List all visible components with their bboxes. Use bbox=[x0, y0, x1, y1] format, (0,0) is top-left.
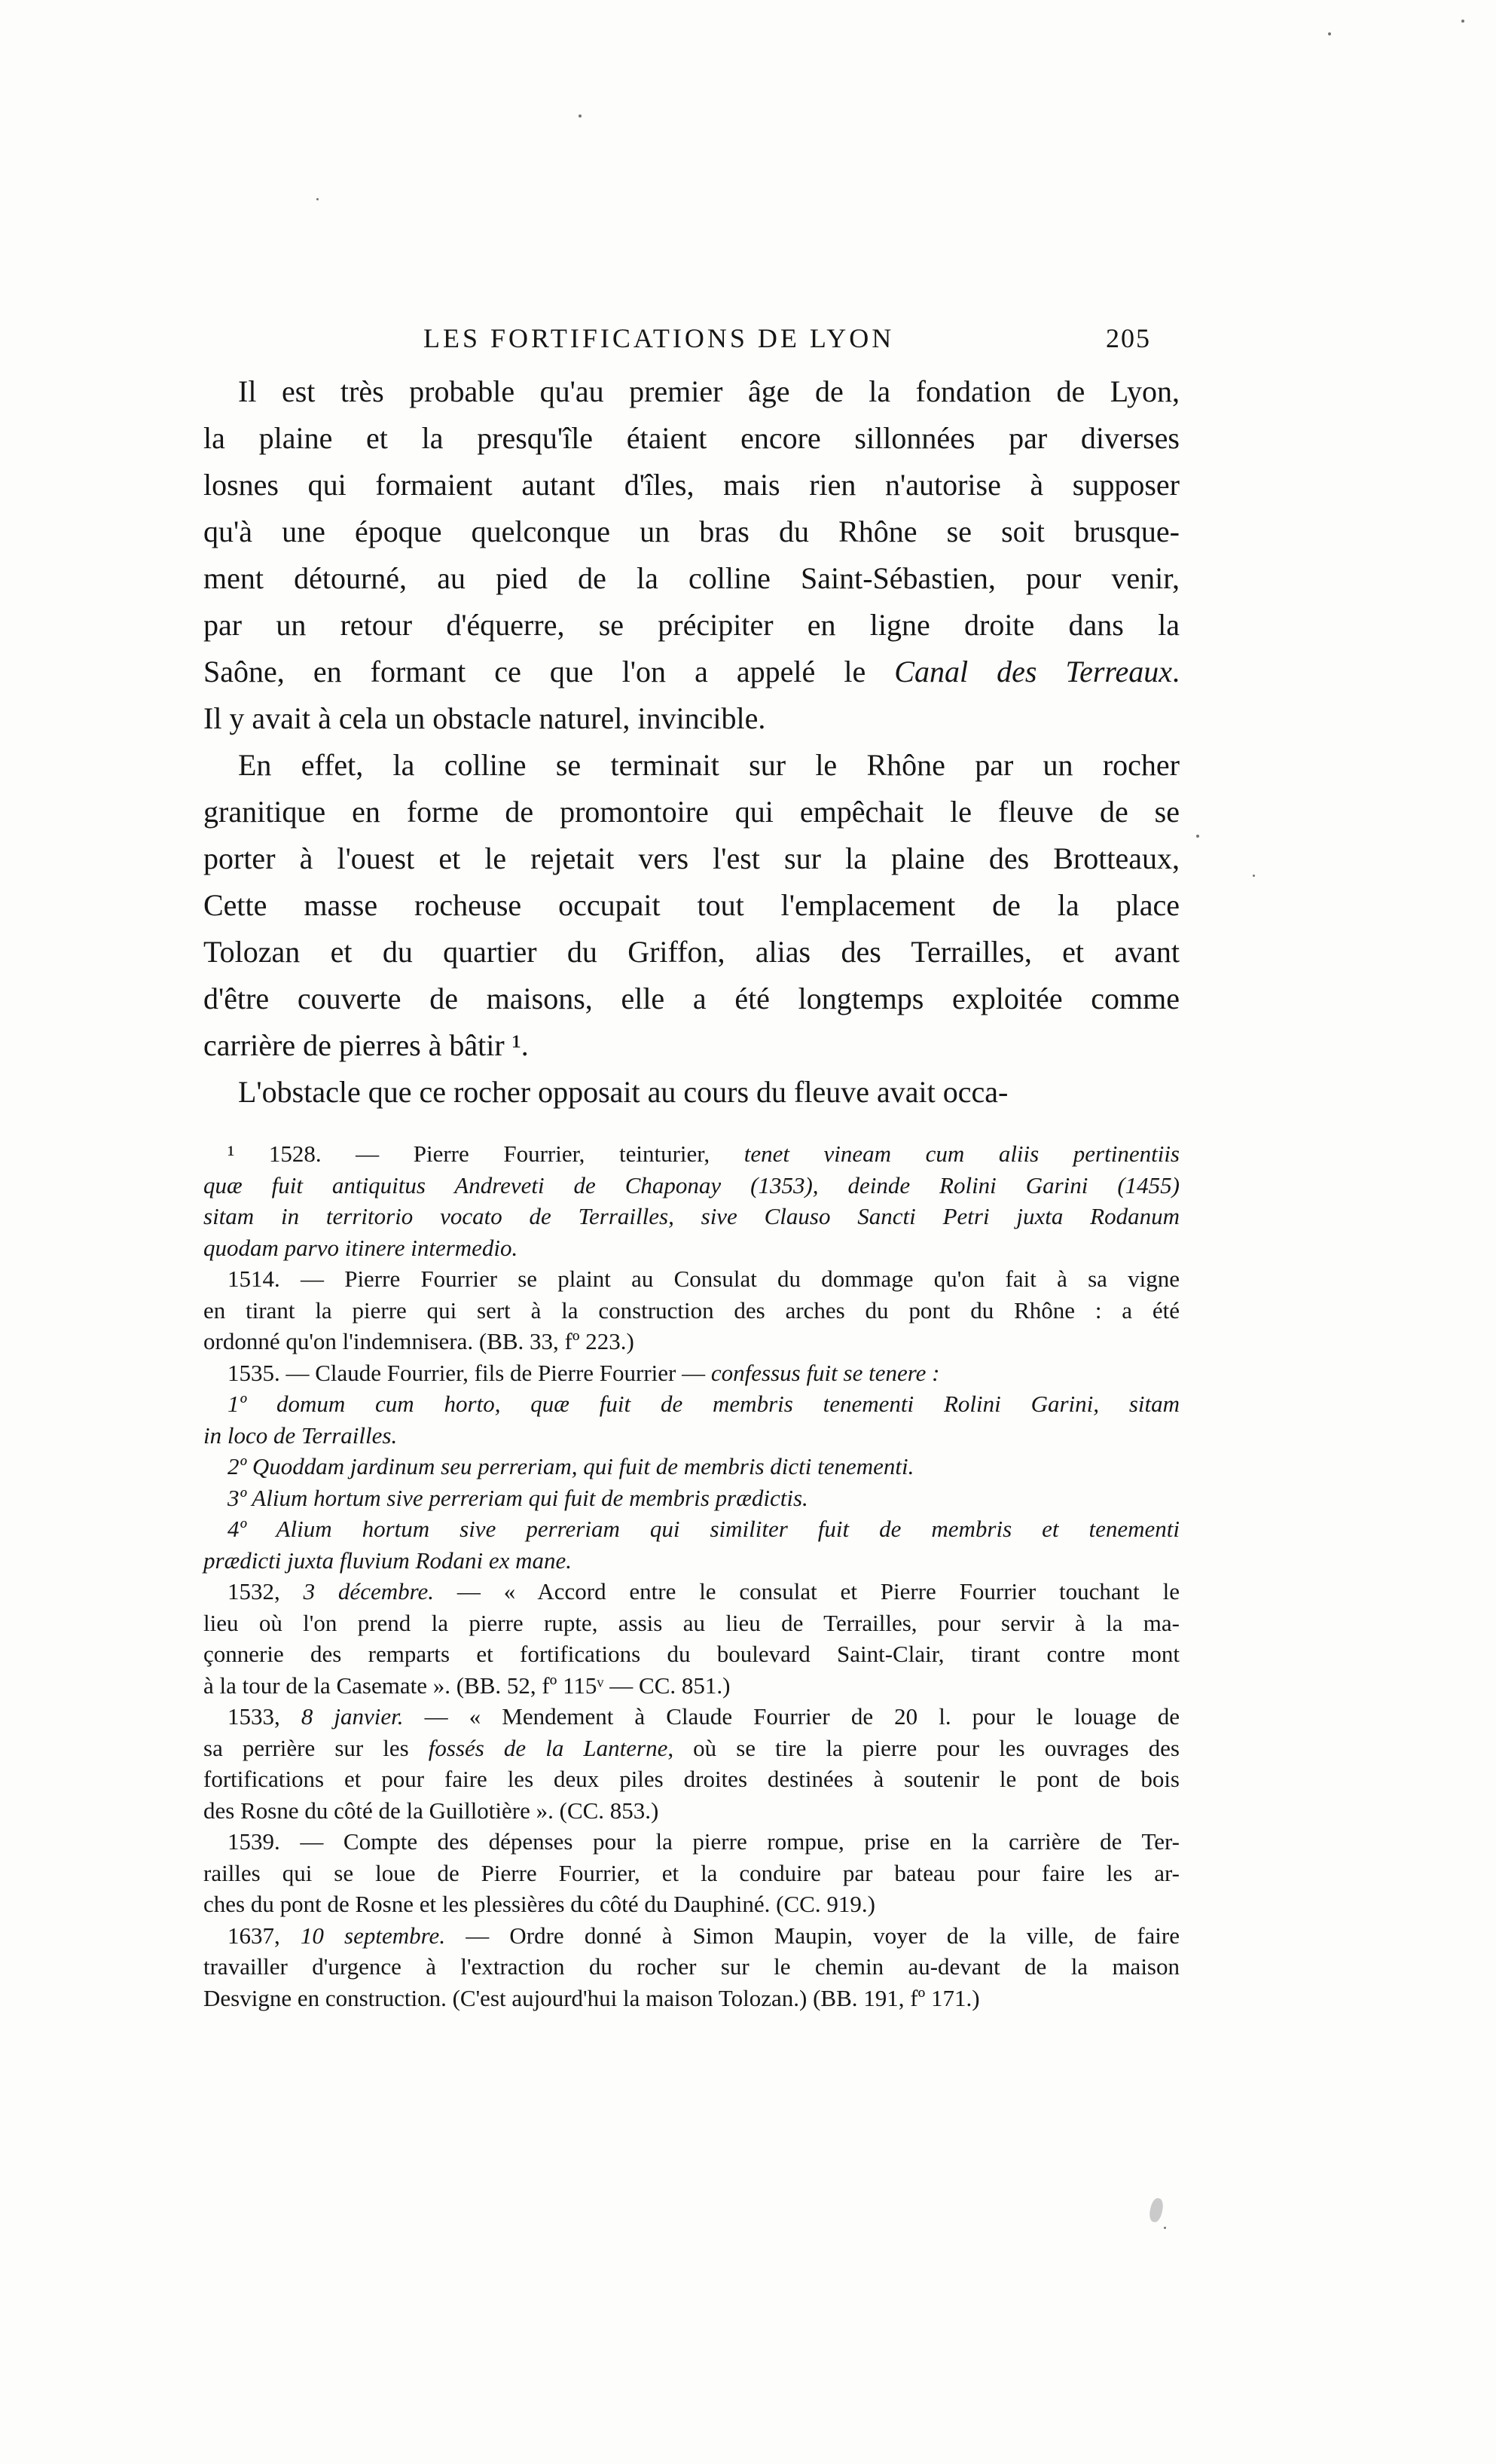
text-line: à la tour de la Casemate ». (BB. 52, fº … bbox=[203, 1670, 1180, 1702]
text-line: railles qui se loue de Pierre Fourrier, … bbox=[203, 1858, 1180, 1889]
text-line: par un retour d'équerre, se précipiter e… bbox=[203, 602, 1180, 649]
text-line: quæ fuit antiquitus Andreveti de Chapona… bbox=[203, 1170, 1180, 1201]
text-line: 1º domum cum horto, quæ fuit de membris … bbox=[203, 1388, 1180, 1420]
text-line: 3º Alium hortum sive perreriam qui fuit … bbox=[203, 1482, 1180, 1514]
text-line: losnes qui formaient autant d'îles, mais… bbox=[203, 462, 1180, 508]
scan-speck bbox=[1164, 2227, 1166, 2229]
text-line: Tolozan et du quartier du Griffon, alias… bbox=[203, 929, 1180, 976]
text-line: ches du pont de Rosne et les plessières … bbox=[203, 1888, 1180, 1920]
scan-smudge bbox=[1148, 2197, 1165, 2224]
text-line: ¹ 1528. — Pierre Fourrier, teinturier, t… bbox=[203, 1138, 1180, 1170]
text-line: En effet, la colline se terminait sur le… bbox=[203, 742, 1180, 789]
text-line: Il y avait à cela un obstacle naturel, i… bbox=[203, 695, 1180, 742]
text-line: Cette masse rocheuse occupait tout l'emp… bbox=[203, 882, 1180, 929]
text-line: 1535. — Claude Fourrier, fils de Pierre … bbox=[203, 1357, 1180, 1389]
text-line: la plaine et la presqu'île étaient encor… bbox=[203, 415, 1180, 462]
scan-speck bbox=[316, 198, 319, 200]
text-line: 2º Quoddam jardinum seu perreriam, qui f… bbox=[203, 1451, 1180, 1482]
text-line: 1514. — Pierre Fourrier se plaint au Con… bbox=[203, 1263, 1180, 1295]
text-line: 1637, 10 septembre. — Ordre donné à Simo… bbox=[203, 1920, 1180, 1952]
page-number: 205 bbox=[1106, 320, 1151, 356]
text-line: d'être couverte de maisons, elle a été l… bbox=[203, 976, 1180, 1022]
text-line: çonnerie des remparts et fortifications … bbox=[203, 1638, 1180, 1670]
scan-speck bbox=[579, 114, 582, 118]
running-title: LES FORTIFICATIONS DE LYON bbox=[423, 320, 894, 356]
text-block: LES FORTIFICATIONS DE LYON 205 Il est tr… bbox=[203, 320, 1180, 2014]
text-line: Saône, en formant ce que l'on a appelé l… bbox=[203, 649, 1180, 695]
body-text: Il est très probable qu'au premier âge d… bbox=[203, 368, 1180, 1116]
scan-speck bbox=[1253, 875, 1255, 877]
text-line: travailler d'urgence à l'extraction du r… bbox=[203, 1951, 1180, 1983]
text-line: 4º Alium hortum sive perreriam qui simil… bbox=[203, 1513, 1180, 1545]
text-line: 1532, 3 décembre. — « Accord entre le co… bbox=[203, 1576, 1180, 1608]
text-line: Desvigne en construction. (C'est aujourd… bbox=[203, 1983, 1180, 2014]
text-line: en tirant la pierre qui sert à la constr… bbox=[203, 1295, 1180, 1327]
text-line: ordonné qu'on l'indemnisera. (BB. 33, fº… bbox=[203, 1326, 1180, 1357]
text-line: des Rosne du côté de la Guillotière ». (… bbox=[203, 1795, 1180, 1827]
text-line: 1539. — Compte des dépenses pour la pier… bbox=[203, 1826, 1180, 1858]
text-line: porter à l'ouest et le rejetait vers l'e… bbox=[203, 835, 1180, 882]
text-line: 1533, 8 janvier. — « Mendement à Claude … bbox=[203, 1701, 1180, 1733]
text-line: sitam in territorio vocato de Terrailles… bbox=[203, 1201, 1180, 1232]
scan-speck bbox=[1328, 32, 1331, 35]
text-line: prædicti juxta fluvium Rodani ex mane. bbox=[203, 1545, 1180, 1577]
text-line: in loco de Terrailles. bbox=[203, 1420, 1180, 1452]
text-line: quodam parvo itinere intermedio. bbox=[203, 1232, 1180, 1264]
text-line: sa perrière sur les fossés de la Lantern… bbox=[203, 1733, 1180, 1764]
scanned-book-page: LES FORTIFICATIONS DE LYON 205 Il est tr… bbox=[0, 0, 1496, 2464]
page-header: LES FORTIFICATIONS DE LYON 205 bbox=[203, 320, 1180, 356]
scan-speck bbox=[1196, 835, 1199, 838]
text-line: L'obstacle que ce rocher opposait au cou… bbox=[203, 1069, 1180, 1116]
text-line: ment détourné, au pied de la colline Sai… bbox=[203, 555, 1180, 602]
text-line: lieu où l'on prend la pierre rupte, assi… bbox=[203, 1608, 1180, 1639]
text-line: granitique en forme de promontoire qui e… bbox=[203, 789, 1180, 835]
text-line: Il est très probable qu'au premier âge d… bbox=[203, 368, 1180, 415]
footnotes-block: ¹ 1528. — Pierre Fourrier, teinturier, t… bbox=[203, 1138, 1180, 2014]
text-line: carrière de pierres à bâtir ¹. bbox=[203, 1022, 1180, 1069]
text-line: qu'à une époque quelconque un bras du Rh… bbox=[203, 508, 1180, 555]
text-line: fortifications et pour faire les deux pi… bbox=[203, 1763, 1180, 1795]
scan-speck bbox=[1461, 20, 1464, 23]
